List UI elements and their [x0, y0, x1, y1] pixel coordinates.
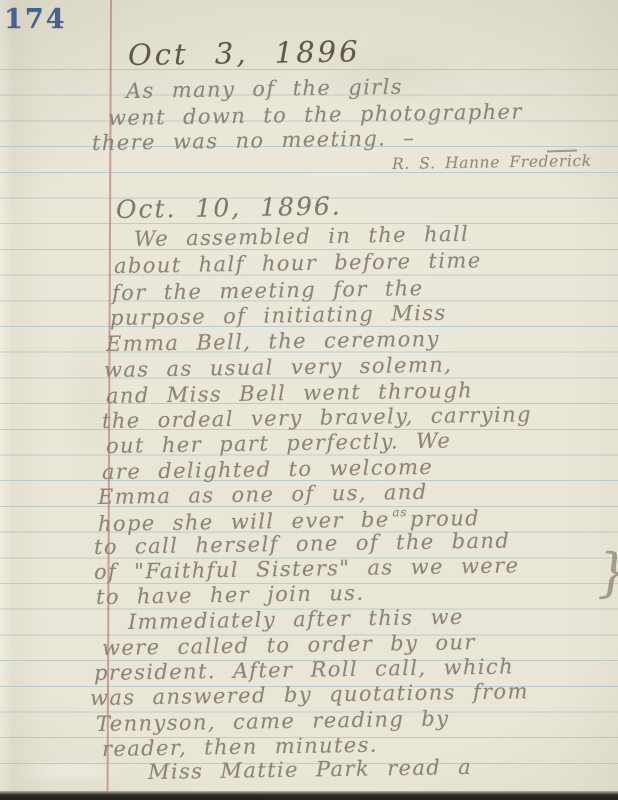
entry-date: Oct. 10, 1896.: [116, 191, 342, 224]
page-number: 174: [4, 4, 66, 35]
handwritten-line: to have her join us.: [96, 581, 365, 609]
handwritten-line: Miss Mattie Park read a: [148, 755, 472, 784]
handwritten-line: there was no meeting. –: [92, 126, 416, 155]
pen-flourish: }: [594, 542, 618, 604]
journal-page-scan: 174 Oct 3, 1896 As many of the girls wen…: [0, 0, 618, 800]
secretary-signature: R. S. Hanne Frederick: [392, 152, 592, 173]
handwritten-line: As many of the girls: [126, 75, 403, 103]
entry-date: Oct 3, 1896: [128, 34, 361, 72]
scan-bottom-edge: [0, 791, 618, 800]
inserted-word: as: [392, 505, 407, 519]
handwritten-line: for the meeting for the: [112, 276, 424, 305]
line-text: proud: [410, 506, 480, 531]
